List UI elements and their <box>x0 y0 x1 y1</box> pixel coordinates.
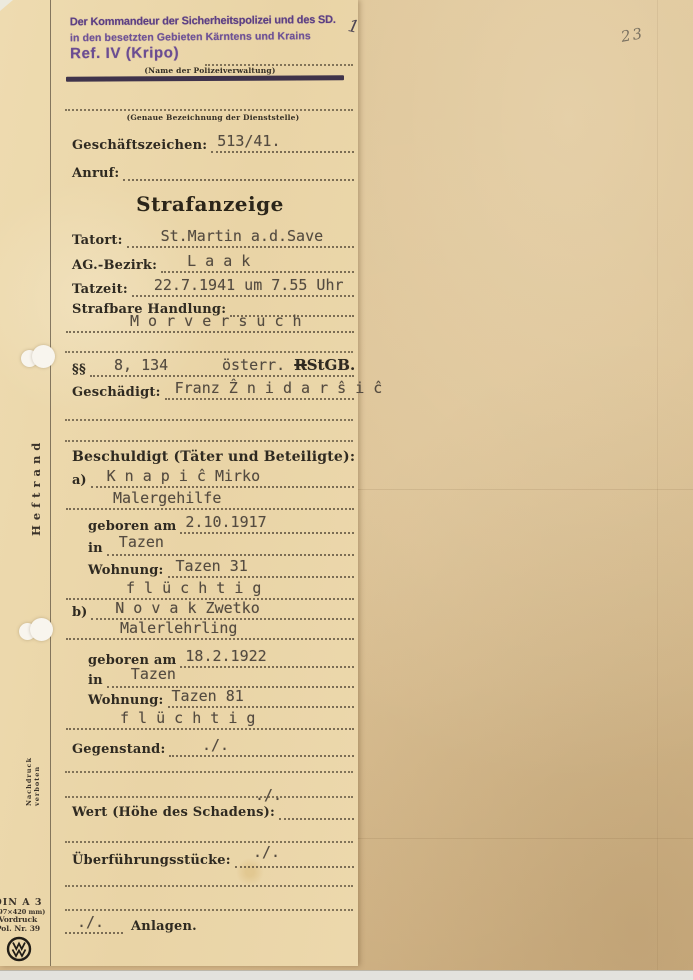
accused-b-name-row: b) N o v a k Zwetko <box>72 601 354 620</box>
din-pol-nr: Pol. Nr. 39 <box>0 925 46 934</box>
field-label: AG.-Bezirk: <box>72 258 161 273</box>
field-strafbare-handlung-value: M o r v e r s u c h <box>72 314 354 333</box>
typed-value: Franz Ẑ n i d a r ŝ i ĉ <box>175 379 383 397</box>
stamp-line: Ref. IV (Kripo) <box>70 43 362 63</box>
form-title: Strafanzeige <box>72 192 348 216</box>
field-geschaeftszeichen: Geschäftszeichen: 513/41. <box>72 134 354 153</box>
typed-value: ./. <box>202 736 229 754</box>
typed-value: 2.10.1917 <box>185 513 266 531</box>
accused-b-address-row: Wohnung: Tazen 81 <box>88 689 354 708</box>
field-label: Wohnung: <box>88 693 168 708</box>
official-stamp: Der Kommandeur der Sicherheitspolizei un… <box>70 14 362 63</box>
typed-value: Tazen 81 <box>172 687 244 705</box>
list-marker: a) <box>72 473 91 488</box>
heftrand-rule <box>50 0 51 966</box>
dotted-line: 2.10.1917 <box>180 513 354 534</box>
field-paragraphen: §§ 8, 134 österr. RStGB. <box>72 358 354 377</box>
field-anlagen: ./. Anlagen. <box>65 915 265 934</box>
dotted-line: Tazen 81 <box>168 687 354 708</box>
dotted-line: L a a k <box>161 252 354 273</box>
stamp-line: in den besetzten Gebieten Kärntens und K… <box>70 30 362 45</box>
dotted-line: Tazen <box>107 667 354 688</box>
dienststelle-caption: (Genaue Bezeichnung der Dienststelle) <box>72 113 354 122</box>
field-tatort: Tatort: St.Martin a.d.Save <box>72 229 354 248</box>
dotted-line: Tazen <box>107 535 354 556</box>
field-label: geboren am <box>88 519 180 534</box>
name-caption: (Name der Polizeiverwaltung) <box>130 66 290 75</box>
typed-value: Malergehilfe <box>113 489 221 507</box>
dotted-line: 18.2.1922 <box>180 647 354 668</box>
accused-a-name-row: a) K n a p i ĉ Mirko <box>72 469 354 488</box>
accused-a-occupation-row: Malergehilfe <box>72 491 354 510</box>
din-imprint: DIN A 3 (297×420 mm) Vordruck Pol. Nr. 3… <box>0 898 46 934</box>
dotted-line: Malergehilfe <box>66 489 354 510</box>
typed-value: N o v a k Zwetko <box>115 599 260 617</box>
dotted-line <box>123 160 354 181</box>
typed-value: Malerlehrling <box>120 619 237 637</box>
field-label: Wohnung: <box>88 563 168 578</box>
paper-fold <box>355 838 693 839</box>
dotted-line: f l ü c h t i g <box>66 709 354 730</box>
field-label: Wert (Höhe des Schadens): <box>72 805 279 820</box>
printer-logo-icon <box>6 936 32 962</box>
field-ueberfuehrungsstuecke: Überführungsstücke: <box>72 849 354 868</box>
dotted-line <box>65 796 353 798</box>
typed-value: f l ü c h t i g <box>126 579 261 597</box>
accused-a-birthplace-row: in Tazen <box>88 537 354 556</box>
typed-value: f l ü c h t i g <box>120 709 255 727</box>
accused-b-birthplace-row: in Tazen <box>88 669 354 688</box>
torn-corner <box>0 0 13 11</box>
dotted-line <box>65 419 353 421</box>
dotted-line: 513/41. <box>211 132 354 153</box>
typed-value: 22.7.1941 um 7.55 Uhr <box>154 276 344 294</box>
field-anruf: Anruf: <box>72 162 354 181</box>
dotted-line <box>65 841 353 843</box>
dotted-line: N o v a k Zwetko <box>91 599 354 620</box>
field-label: Tatzeit: <box>72 282 132 297</box>
form-sheet: Der Kommandeur der Sicherheitspolizei un… <box>0 0 358 966</box>
accused-a-address-row: Wohnung: Tazen 31 <box>88 559 354 578</box>
typed-austrian: österr. <box>222 356 285 374</box>
dotted-line: Franz Ẑ n i d a r ŝ i ĉ <box>165 379 354 400</box>
dotted-line: f l ü c h t i g <box>66 579 354 600</box>
beschuldigt-heading: Beschuldigt (Täter und Beteiligte): <box>72 449 355 465</box>
typed-value: L a a k <box>187 252 250 270</box>
typed-value: 513/41. <box>217 132 280 150</box>
typed-value: St.Martin a.d.Save <box>161 227 324 245</box>
punch-hole <box>21 343 57 375</box>
dotted-line <box>65 771 353 773</box>
dotted-line: K n a p i ĉ Mirko <box>91 467 354 488</box>
handwritten-page-number: 23 <box>620 24 646 46</box>
field-label: Geschäftszeichen: <box>72 138 211 153</box>
field-label: Tatort: <box>72 233 127 248</box>
paper-fold <box>355 489 693 490</box>
accused-b-birthdate-row: geboren am 18.2.1922 <box>88 649 354 668</box>
dotted-line: ./. <box>65 913 123 934</box>
typed-value: 18.2.1922 <box>185 647 266 665</box>
dotted-line: St.Martin a.d.Save <box>127 227 354 248</box>
field-tatzeit: Tatzeit: 22.7.1941 um 7.55 Uhr <box>72 278 354 297</box>
dotted-line: M o r v e r s u c h <box>66 312 354 333</box>
accused-b-status-row: f l ü c h t i g <box>72 711 354 730</box>
typed-value: ./. <box>77 913 104 931</box>
field-geschaedigt: Geschädigt: Franz Ẑ n i d a r ŝ i ĉ <box>72 381 354 400</box>
accused-a-birthdate-row: geboren am 2.10.1917 <box>88 515 354 534</box>
typed-value: M o r v e r s u c h <box>130 312 302 330</box>
typed-value: Tazen <box>119 533 164 551</box>
scanned-document-page: 23 Der Kommandeur der Sicherheitspolizei… <box>0 0 693 980</box>
dotted-line <box>65 885 353 887</box>
field-label: Gegenstand: <box>72 742 169 757</box>
accused-b-occupation-row: Malerlehrling <box>72 621 354 640</box>
dotted-line <box>65 909 353 911</box>
dotted-line: Malerlehrling <box>66 619 354 640</box>
dotted-line <box>65 440 353 442</box>
dotted-line <box>65 109 353 111</box>
dotted-line <box>279 799 354 820</box>
dotted-line: 22.7.1941 um 7.55 Uhr <box>132 276 354 297</box>
typed-value: Tazen 31 <box>176 557 248 575</box>
dotted-line: 8, 134 österr. RStGB. <box>90 356 354 377</box>
dotted-line <box>169 736 354 757</box>
field-label: Überführungsstücke: <box>72 853 235 868</box>
stamp-line: Der Kommandeur der Sicherheitspolizei un… <box>70 14 362 29</box>
field-label: §§ <box>72 362 90 377</box>
field-label: Anruf: <box>72 166 123 181</box>
typed-value: 8, 134 <box>114 356 168 374</box>
stamp-bar <box>66 75 344 81</box>
field-wert: Wert (Höhe des Schadens): <box>72 801 354 820</box>
accused-a-status-row: f l ü c h t i g <box>72 581 354 600</box>
dotted-line: Tazen 31 <box>168 557 354 578</box>
field-label: in <box>88 673 107 688</box>
scan-edge <box>0 970 693 980</box>
nachdruck-label: Nachdruck verboten <box>25 750 41 806</box>
printed-code: StGB. <box>307 356 355 374</box>
field-label: Geschädigt: <box>72 385 165 400</box>
paper-fold <box>657 0 658 970</box>
dotted-line <box>235 847 354 868</box>
punch-hole <box>19 616 55 648</box>
dotted-line <box>65 351 353 353</box>
typed-value: K n a p i ĉ Mirko <box>107 467 261 485</box>
heftrand-label: Heftrand <box>29 438 43 536</box>
typed-value: österr. RStGB. <box>222 356 355 374</box>
field-label: Anlagen. <box>123 919 201 934</box>
list-marker: b) <box>72 605 91 620</box>
struck-letter: R <box>294 356 306 374</box>
field-label: in <box>88 541 107 556</box>
field-ag-bezirk: AG.-Bezirk: L a a k <box>72 254 354 273</box>
typed-value: Tazen <box>131 665 176 683</box>
